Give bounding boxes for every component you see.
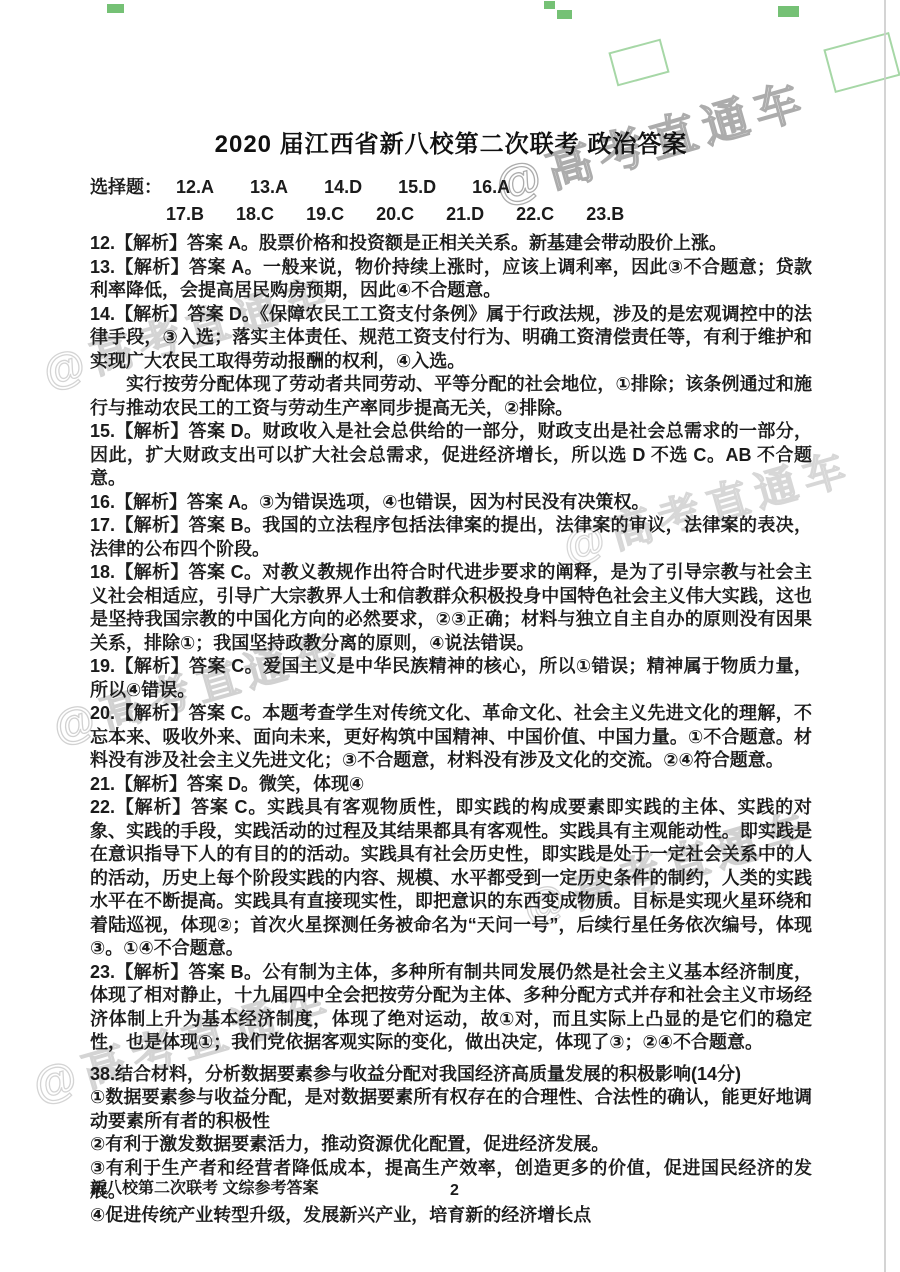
explanation-paragraph: 17.【解析】答案 B。我国的立法程序包括法律案的提出，法律案的审议，法律案的表… [90,514,812,561]
answer-item: 21.D [446,201,484,228]
document-content: 2020 届江西省新八校第二次联考 政治答案 选择题： 12.A 13.A 14… [90,128,812,1227]
explanation-paragraph: 21.【解析】答案 D。微笑，体现④ [90,773,812,797]
answer-key-label: 选择题： [90,174,162,201]
question-38-point: ④促进传统产业转型升级，发展新兴产业，培育新的经济增长点 [90,1204,812,1228]
explanations-section: 12.【解析】答案 A。股票价格和投资额是正相关关系。新基建会带动股价上涨。 1… [90,232,812,1055]
green-scan-mark [557,10,572,19]
answer-item: 20.C [376,201,414,228]
answer-item: 14.D [324,174,362,201]
green-watermark-fragment [823,32,900,93]
explanation-paragraph: 22.【解析】答案 C。实践具有客观物质性，即实践的构成要素即实践的主体、实践的… [90,796,812,961]
answer-item: 22.C [516,201,554,228]
question-38-point: ①数据要素参与收益分配，是对数据要素所有权存在的合理性、合法性的确认，能更好地调… [90,1086,812,1133]
scan-edge-line [884,0,886,1272]
question-38-point: ②有利于激发数据要素活力，推动资源优化配置，促进经济发展。 [90,1133,812,1157]
answer-key-row: 17.B 18.C 19.C 20.C 21.D 22.C 23.B [90,201,812,228]
multiple-choice-answer-key: 选择题： 12.A 13.A 14.D 15.D 16.A 17.B 18.C … [90,174,812,228]
answer-item: 19.C [306,201,344,228]
answer-item: 15.D [398,174,436,201]
answer-item: 23.B [586,201,624,228]
green-scan-mark [778,6,799,17]
explanation-paragraph: 15.【解析】答案 D。财政收入是社会总供给的一部分，财政支出是社会总需求的一部… [90,420,812,491]
explanation-paragraph: 实行按劳分配体现了劳动者共同劳动、平等分配的社会地位，①排除；该条例通过和施行与… [90,373,812,420]
explanation-paragraph: 14.【解析】答案 D。《保障农民工工资支付条例》属于行政法规，涉及的是宏观调控… [90,303,812,374]
answer-item: 17.B [166,201,204,228]
explanation-paragraph: 13.【解析】答案 A。一般来说，物价持续上涨时，应该上调利率，因此③不合题意；… [90,256,812,303]
question-38-heading: 38.结合材料，分析数据要素参与收益分配对我国经济高质量发展的积极影响(14分) [90,1063,812,1087]
answer-key-row: 选择题： 12.A 13.A 14.D 15.D 16.A [90,174,812,201]
question-38-answer: 38.结合材料，分析数据要素参与收益分配对我国经济高质量发展的积极影响(14分)… [90,1063,812,1228]
explanation-paragraph: 16.【解析】答案 A。③为错误选项，④也错误，因为村民没有决策权。 [90,491,812,515]
explanation-paragraph: 12.【解析】答案 A。股票价格和投资额是正相关关系。新基建会带动股价上涨。 [90,232,812,256]
page-number: 2 [450,1180,459,1202]
explanation-paragraph: 19.【解析】答案 C。爱国主义是中华民族精神的核心，所以①错误；精神属于物质力… [90,655,812,702]
explanation-paragraph: 23.【解析】答案 B。公有制为主体，多种所有制共同发展仍然是社会主义基本经济制… [90,961,812,1055]
explanation-paragraph: 18.【解析】答案 C。对教义教规作出符合时代进步要求的阐释，是为了引导宗教与社… [90,561,812,655]
explanation-paragraph: 20.【解析】答案 C。本题考查学生对传统文化、革命文化、社会主义先进文化的理解… [90,702,812,773]
answer-item: 16.A [472,174,510,201]
green-scan-mark [544,1,555,9]
green-watermark-fragment [608,39,669,87]
answer-item: 13.A [250,174,288,201]
green-scan-mark [107,4,124,13]
page-title: 2020 届江西省新八校第二次联考 政治答案 [90,128,812,162]
document-page: @高考直通车 @高考直通车 @高考直通车 @高考直通车 @高考直通车 @高考直通… [0,0,900,1272]
answer-item: 18.C [236,201,274,228]
answer-item: 12.A [176,174,214,201]
footer-document-title: 新八校第二次联考 文综参考答案 [90,1178,318,1200]
